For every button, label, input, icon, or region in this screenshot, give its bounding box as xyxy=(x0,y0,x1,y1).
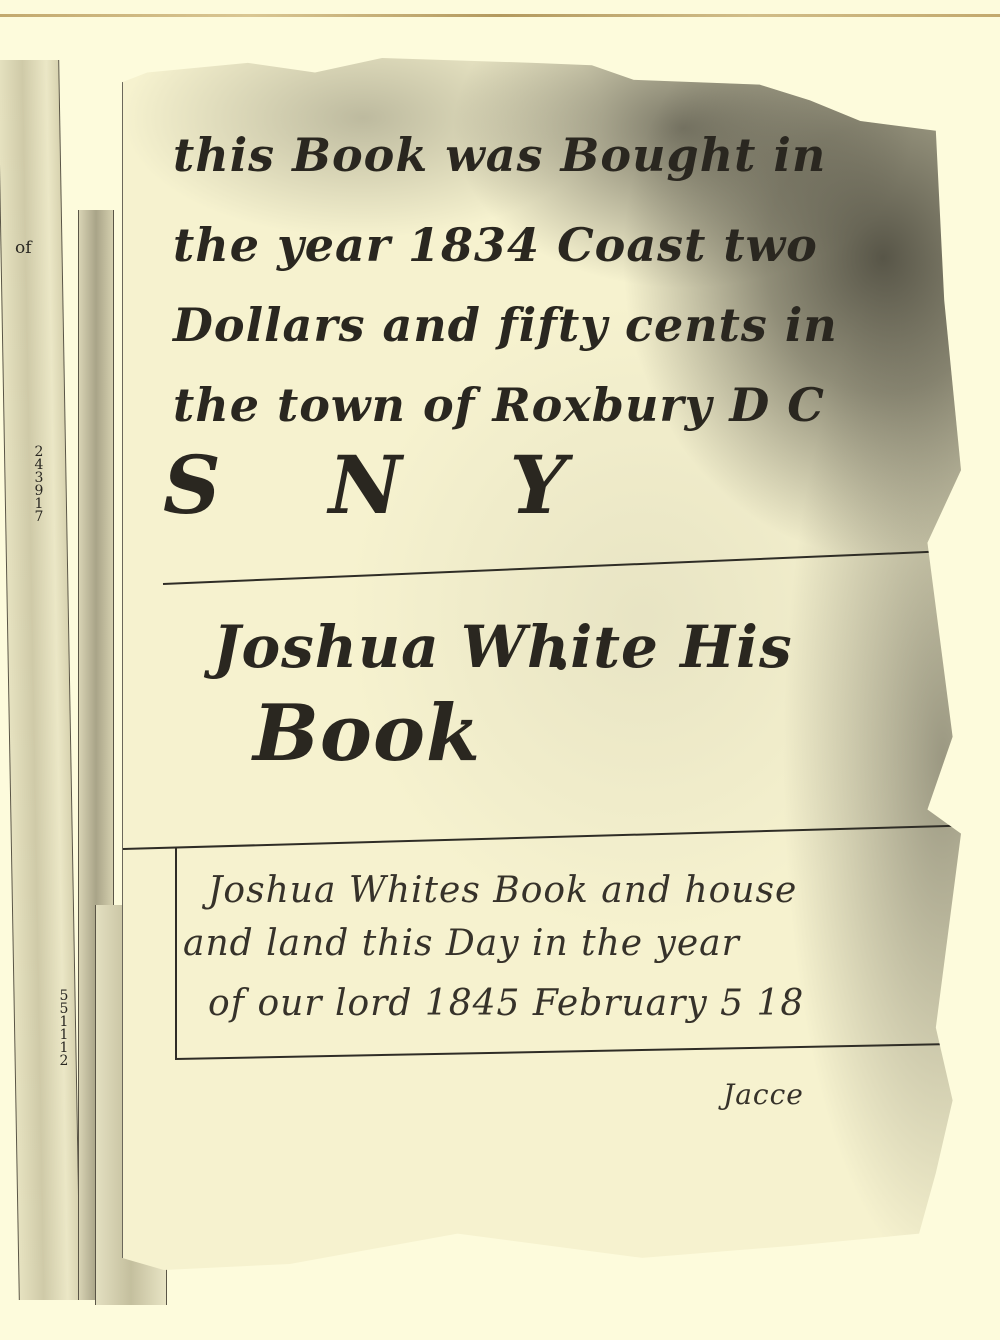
inscription-1845-line-1: Joshua Whites Book and house xyxy=(208,870,797,911)
book-page: this Book was Bought in the year 1834 Co… xyxy=(122,58,961,1270)
ruled-line-2 xyxy=(123,825,961,850)
inscription-1834-line-2: the year 1834 Coast two xyxy=(173,218,818,272)
spine-number-lower: 5 5 1 1 1 2 xyxy=(58,990,70,1068)
margin-line xyxy=(175,848,177,1058)
scan-top-edge xyxy=(0,14,1000,17)
inscription-1834-line-4: the town of Roxbury D C xyxy=(173,378,825,432)
spine-printed-text: of xyxy=(15,238,32,258)
inscription-1834-line-3: Dollars and fifty cents in xyxy=(173,298,838,352)
inscription-1845-line-3: of our lord 1845 February 5 18 xyxy=(208,983,804,1024)
inscription-1845-line-2: and land this Day in the year xyxy=(183,923,740,964)
inscription-1834-line-1: this Book was Bought in xyxy=(173,128,826,182)
ruled-line-1 xyxy=(163,550,952,585)
signature-line-1: Joshua White His xyxy=(213,613,793,681)
binding-strip-left xyxy=(0,60,81,1300)
inscription-mark: Jacce xyxy=(723,1078,804,1111)
spine-number-upper: 2 4 3 9 1 7 xyxy=(33,446,45,524)
signature-line-2: Book xyxy=(253,688,481,779)
ruled-line-3 xyxy=(175,1043,965,1060)
ink-blot xyxy=(556,658,566,670)
initials: S N Y xyxy=(163,438,607,532)
